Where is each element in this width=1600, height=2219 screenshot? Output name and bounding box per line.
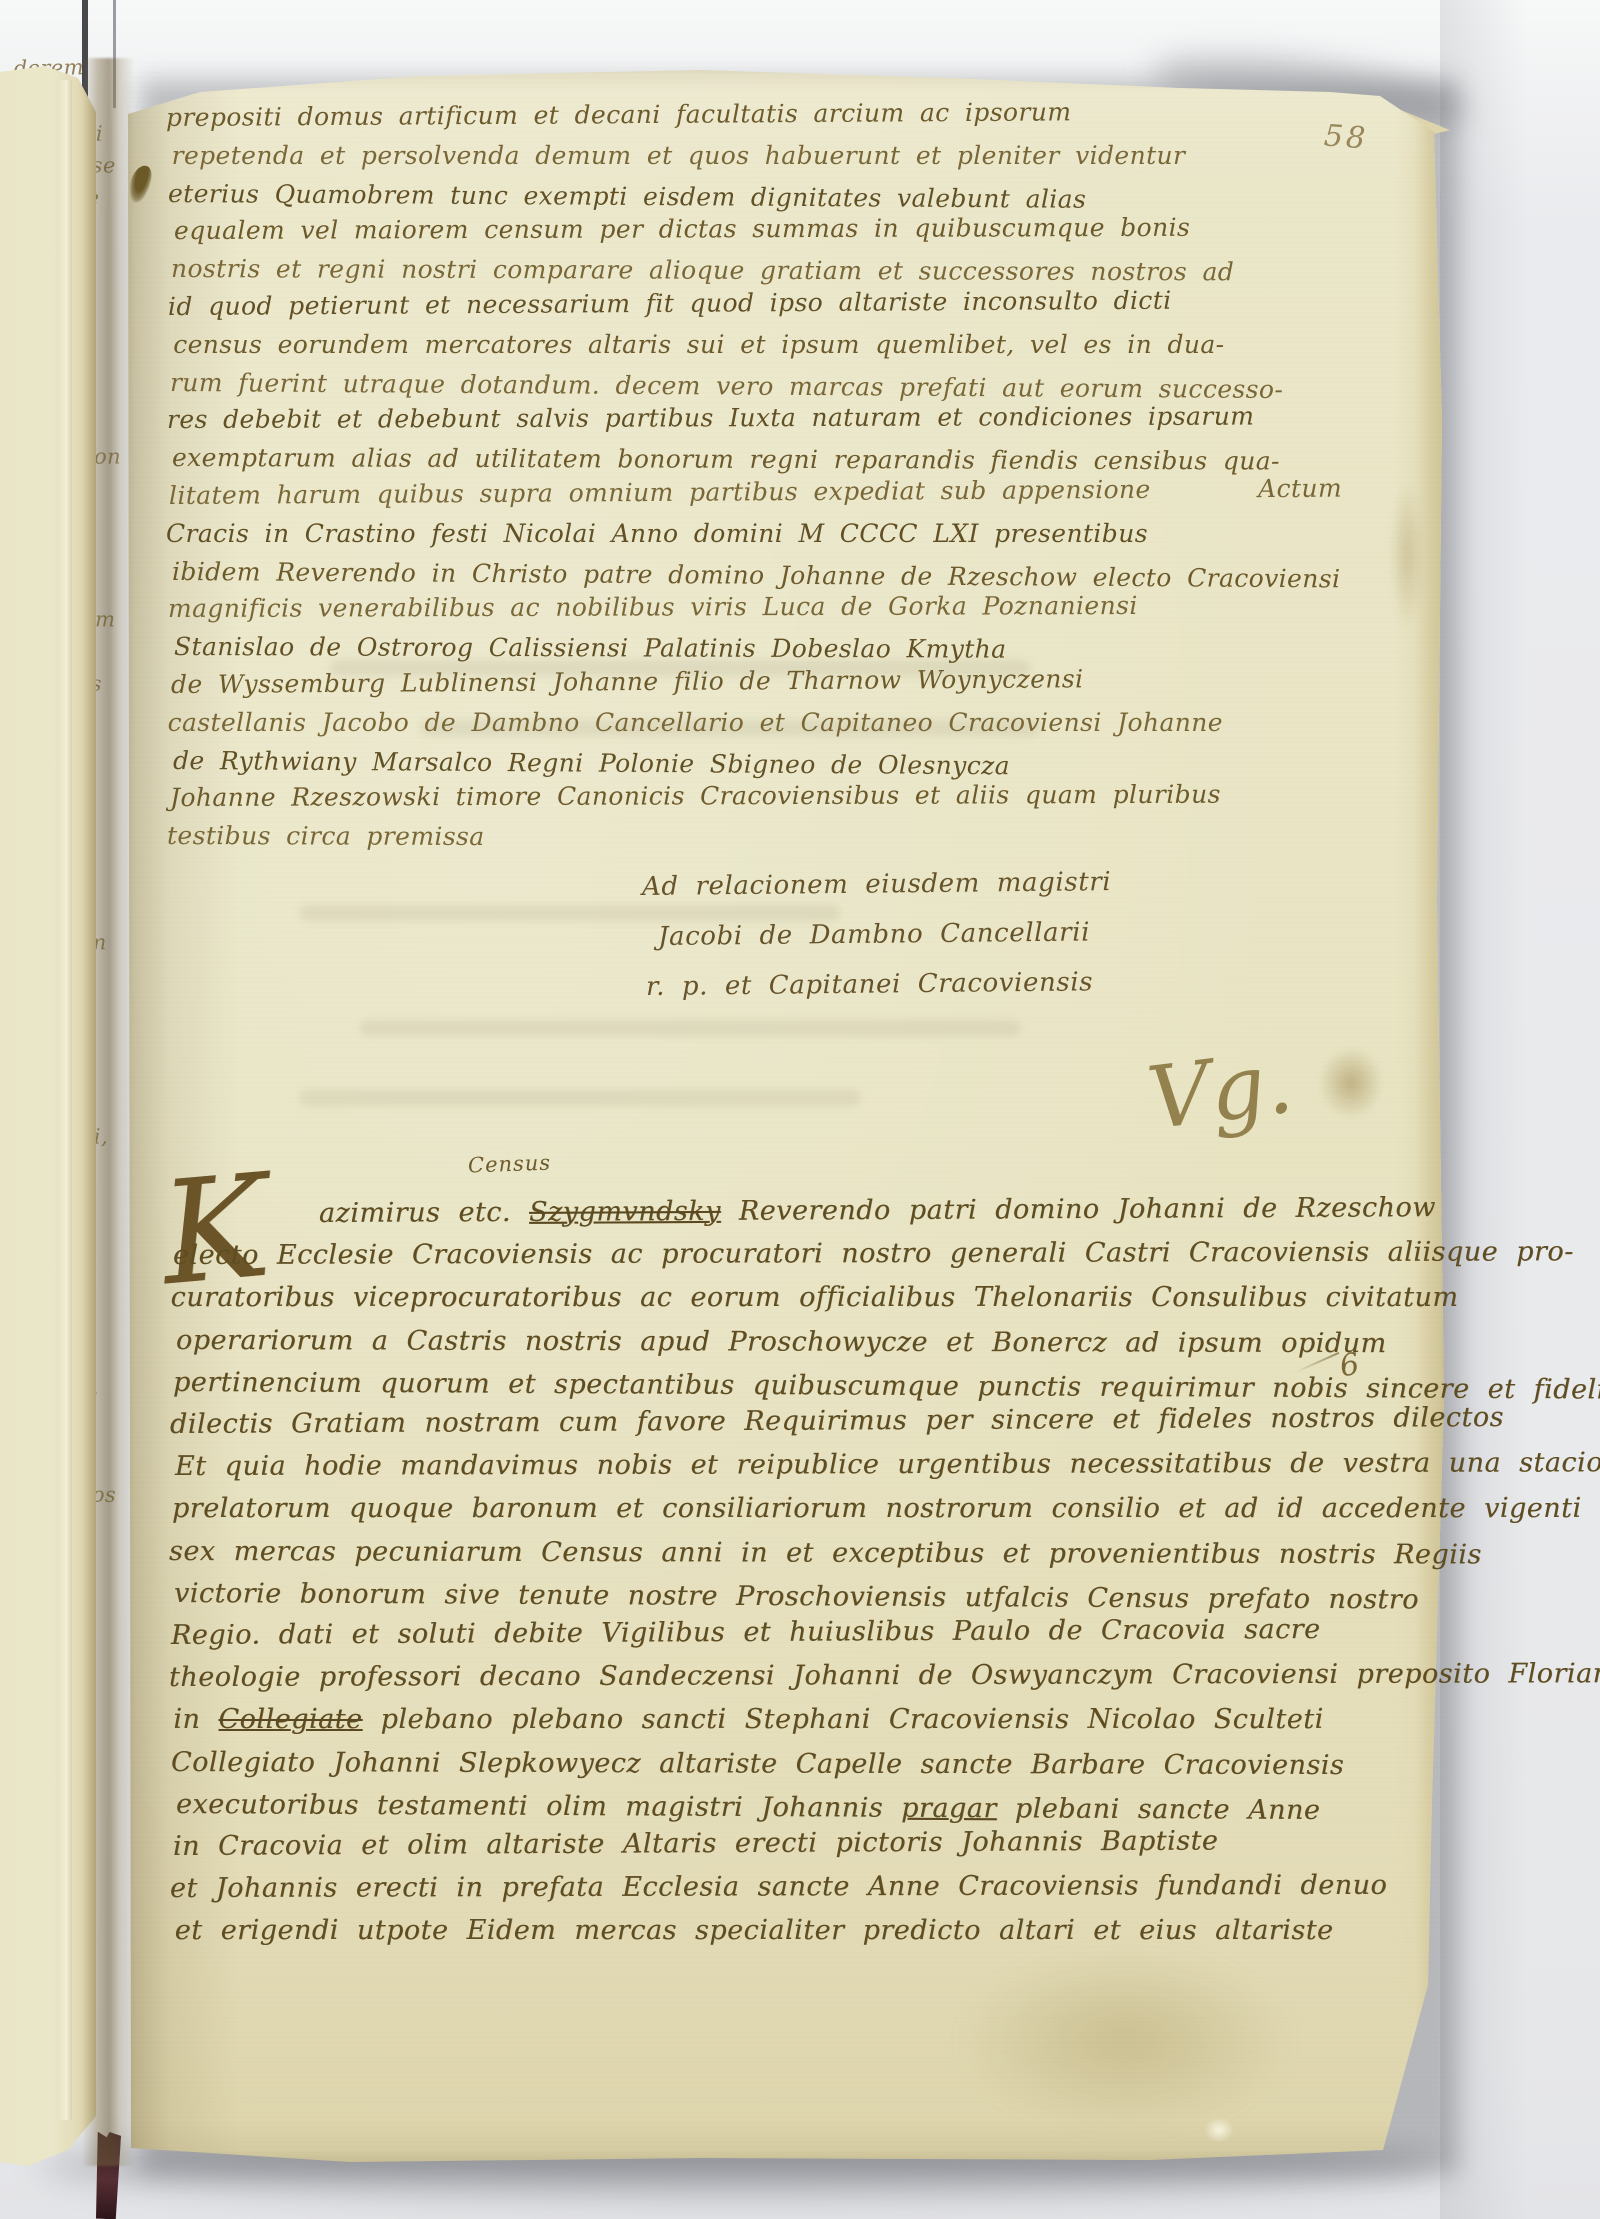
folio-number: 58 [1323,119,1370,157]
paper-stain [1390,480,1424,630]
background-shade [1440,0,1600,2219]
notary-mark: Vg. [1143,1040,1297,1143]
paper-stain [960,1950,1290,2130]
show-through [330,660,1030,676]
book-gutter [82,58,134,2166]
show-through [420,720,1040,736]
manuscript-scan: deremnrbijes Stalinint remissemolusulena… [0,0,1600,2219]
paragraph2-initial-letter: K [156,1156,274,1307]
census-annotation: Census [468,1151,552,1178]
paper-stain [1318,1046,1384,1120]
verso-edge-highlight [58,80,72,2120]
show-through [360,1020,1020,1036]
show-through [300,905,840,921]
show-through [300,1090,860,1106]
paper-spot [1205,2118,1233,2142]
